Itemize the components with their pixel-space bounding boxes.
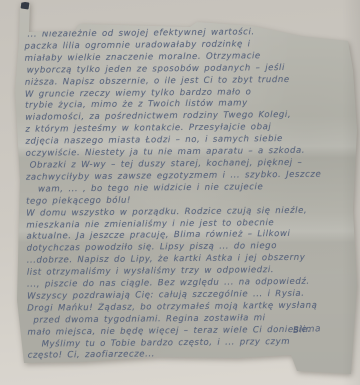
handwritten-line: często! Ci, zaofiarzecze... [28, 348, 350, 363]
letter-paper: ... Niezależnie od swojej efektywnej war… [0, 0, 360, 385]
edge-blue-mark [15, 18, 18, 32]
letter-photo: ... Niezależnie od swojej efektywnej war… [0, 0, 360, 385]
handwritten-text: ... Niezależnie od swojej efektywnej war… [24, 26, 349, 363]
paper-shadow: ... Niezależnie od swojej efektywnej war… [0, 0, 360, 385]
corner-ink-mark [21, 1, 30, 9]
signature: Blima [293, 324, 322, 336]
